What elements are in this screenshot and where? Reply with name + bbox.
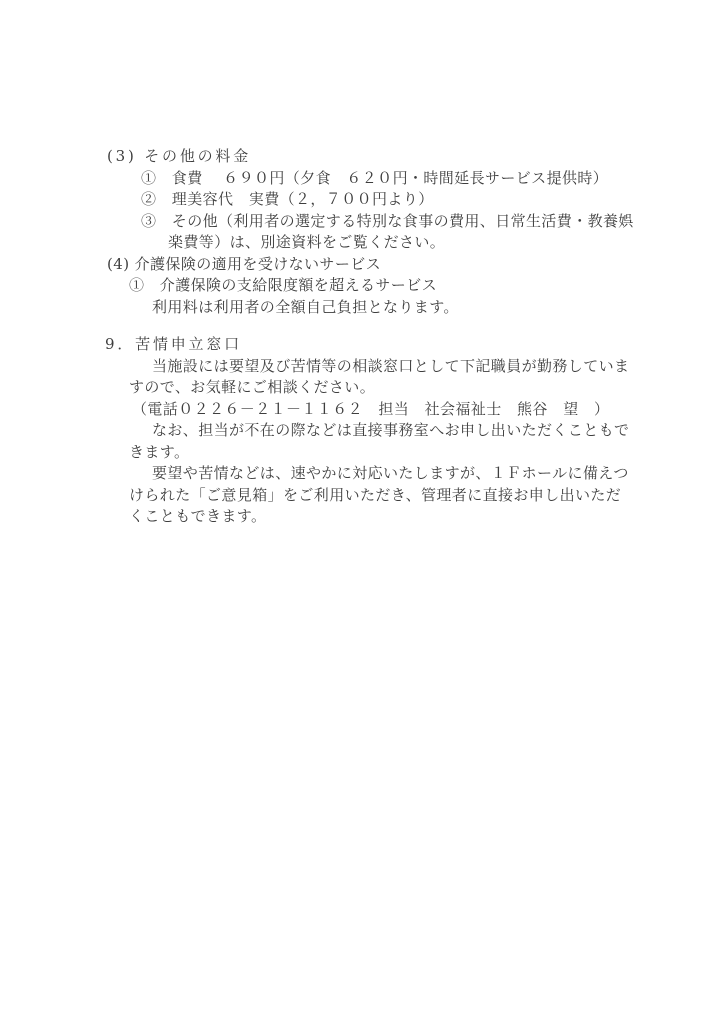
complaints-para2-line2: きます。	[0, 442, 724, 464]
over-limit-service-note: 利用料は利用者の全額自己負担となります。	[0, 297, 724, 319]
non-insured-services-heading: (4) 介護保険の適用を受けないサービス	[0, 254, 724, 276]
complaints-para3-line2: けられた「ご意見箱」をご利用いただき、管理者に直接お申し出いただ	[0, 485, 724, 507]
complaints-para3-line1: 要望や苦情などは、速やかに対応いたしますが、１Ｆホールに備えつ	[0, 463, 724, 485]
complaints-para2-line1: なお、担当が不在の際などは直接事務室へお申し出いただくこともで	[0, 420, 724, 442]
fee-item-other-line2: 楽費等）は、別途資料をご覧ください。	[0, 232, 724, 254]
complaints-heading: 9．苦情申立窓口	[0, 334, 724, 356]
fee-item-barber: ② 理美容代 実費（２，７００円より）	[0, 189, 724, 211]
document-text-block: (3) その他の料金 ① 食費 ６９０円（夕食 ６２０円・時間延長サービス提供時…	[0, 146, 724, 528]
blank-line-spacer	[0, 318, 724, 334]
other-fees-heading: (3) その他の料金	[0, 146, 724, 168]
fee-item-other-line1: ③ その他（利用者の選定する特別な食事の費用、日常生活費・教養娯	[0, 211, 724, 233]
complaints-contact-line: （電話０２２６－２１－１１６２ 担当 社会福祉士 熊谷 望 ）	[0, 399, 724, 421]
complaints-para3-line3: くこともできます。	[0, 506, 724, 528]
over-limit-service-item: ① 介護保険の支給限度額を超えるサービス	[0, 275, 724, 297]
complaints-para1-line2: すので、お気軽にご相談ください。	[0, 377, 724, 399]
fee-item-meal: ① 食費 ６９０円（夕食 ６２０円・時間延長サービス提供時）	[0, 168, 724, 190]
document-page: (3) その他の料金 ① 食費 ６９０円（夕食 ６２０円・時間延長サービス提供時…	[0, 0, 724, 1024]
complaints-para1-line1: 当施設には要望及び苦情等の相談窓口として下記職員が勤務していま	[0, 356, 724, 378]
